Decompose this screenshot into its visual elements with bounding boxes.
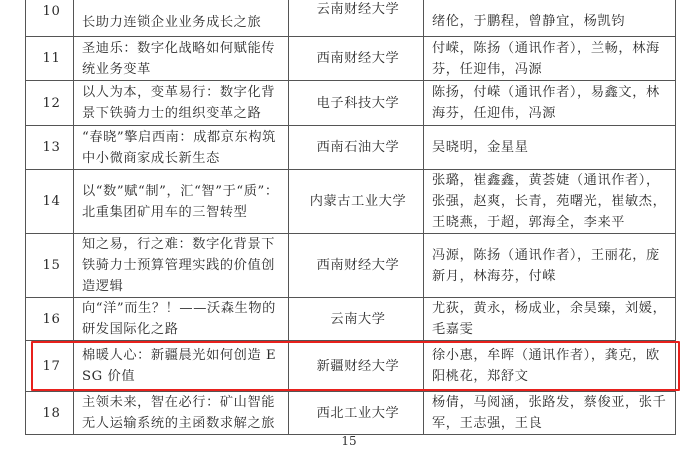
authors: 付嵘，陈扬（通讯作者），兰畅，林海芬，任迎伟，冯源 <box>424 37 676 81</box>
university: 云南大学 <box>289 298 424 341</box>
row-number: 18 <box>26 392 74 435</box>
case-title: “春晓”擎启西南：成都京东构筑中小微商家成长新生态 <box>74 126 289 170</box>
table-row: 10 长助力连锁企业业务成长之旅 云南财经大学 绪伦，于鹏程，曾静宜，杨凯钧 <box>26 0 676 37</box>
page-number: 15 <box>0 434 698 448</box>
table-row: 11 圣迪乐：数字化战略如何赋能传统业务变革 西南财经大学 付嵘，陈扬（通讯作者… <box>26 37 676 81</box>
table-row: 18 主领未来，智在必行：矿山智能无人运输系统的主函数求解之旅 西北工业大学 杨… <box>26 392 676 435</box>
row-number: 12 <box>26 81 74 126</box>
row-number: 14 <box>26 170 74 234</box>
university: 云南财经大学 <box>289 0 424 37</box>
university: 西北工业大学 <box>289 392 424 435</box>
authors: 绪伦，于鹏程，曾静宜，杨凯钧 <box>424 0 676 37</box>
case-title: 知之易，行之难：数字化背景下铁骑力士预算管理实践的价值创造逻辑 <box>74 234 289 298</box>
case-title: 以人为本，变革易行：数字化背景下铁骑力士的组织变革之路 <box>74 81 289 126</box>
university: 内蒙古工业大学 <box>289 170 424 234</box>
authors: 张璐，崔鑫鑫，黄荟婕（通讯作者），张强，赵爽，长青，苑曙光，崔敏杰，王晓燕，于超… <box>424 170 676 234</box>
university: 西南财经大学 <box>289 234 424 298</box>
university: 西南财经大学 <box>289 37 424 81</box>
table-row: 12 以人为本，变革易行：数字化背景下铁骑力士的组织变革之路 电子科技大学 陈扬… <box>26 81 676 126</box>
university: 新疆财经大学 <box>289 341 424 392</box>
row-number: 16 <box>26 298 74 341</box>
case-title: 以“数”赋“制”，汇“智”于“质”：北重集团矿用车的三智转型 <box>74 170 289 234</box>
case-title: 长助力连锁企业业务成长之旅 <box>74 0 289 37</box>
case-title: 圣迪乐：数字化战略如何赋能传统业务变革 <box>74 37 289 81</box>
authors: 陈扬，付嵘（通讯作者），易鑫文，林海芬，任迎伟，冯源 <box>424 81 676 126</box>
authors: 杨倩，马阅涵，张路发，蔡俊亚，张千军，王志强，王良 <box>424 392 676 435</box>
award-table: 10 长助力连锁企业业务成长之旅 云南财经大学 绪伦，于鹏程，曾静宜，杨凯钧 1… <box>25 0 676 435</box>
table-row: 16 向“洋”而生？！——沃森生物的研发国际化之路 云南大学 尤荻，黄永，杨成业… <box>26 298 676 341</box>
case-title: 棉暖人心：新疆晨光如何创造 ESG 价值 <box>74 341 289 392</box>
authors: 吴晓明，金星星 <box>424 126 676 170</box>
row-number: 10 <box>26 0 74 37</box>
authors: 尤荻，黄永，杨成业，余昊臻，刘媛，毛嘉雯 <box>424 298 676 341</box>
table-row: 14 以“数”赋“制”，汇“智”于“质”：北重集团矿用车的三智转型 内蒙古工业大… <box>26 170 676 234</box>
row-number: 17 <box>26 341 74 392</box>
case-title: 向“洋”而生？！——沃森生物的研发国际化之路 <box>74 298 289 341</box>
row-number: 11 <box>26 37 74 81</box>
table-row: 13 “春晓”擎启西南：成都京东构筑中小微商家成长新生态 西南石油大学 吴晓明，… <box>26 126 676 170</box>
authors: 徐小惠，牟晖（通讯作者），龚克，欧阳桃花，郑舒文 <box>424 341 676 392</box>
row-number: 13 <box>26 126 74 170</box>
row-number: 15 <box>26 234 74 298</box>
authors: 冯源，陈扬（通讯作者），王丽花，庞新月，林海芬，付嵘 <box>424 234 676 298</box>
table-row: 15 知之易，行之难：数字化背景下铁骑力士预算管理实践的价值创造逻辑 西南财经大… <box>26 234 676 298</box>
university: 电子科技大学 <box>289 81 424 126</box>
table-row-highlighted: 17 棉暖人心：新疆晨光如何创造 ESG 价值 新疆财经大学 徐小惠，牟晖（通讯… <box>26 341 676 392</box>
document-page: 10 长助力连锁企业业务成长之旅 云南财经大学 绪伦，于鹏程，曾静宜，杨凯钧 1… <box>0 0 698 450</box>
university: 西南石油大学 <box>289 126 424 170</box>
case-title: 主领未来，智在必行：矿山智能无人运输系统的主函数求解之旅 <box>74 392 289 435</box>
